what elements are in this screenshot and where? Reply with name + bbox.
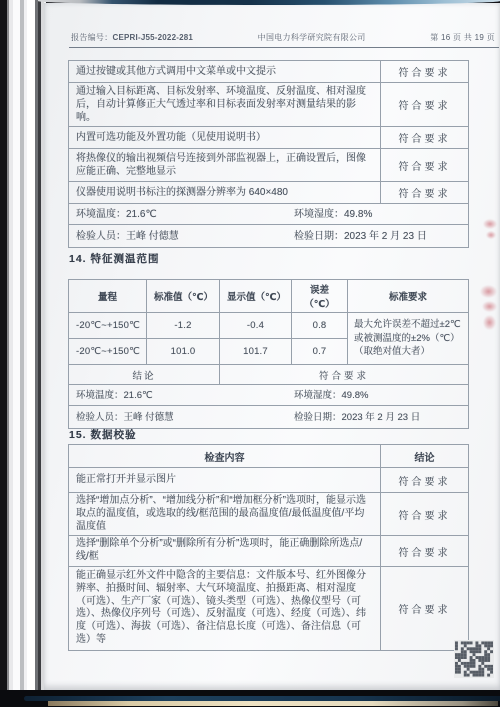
inspector-names: 检验人员：王峰 付德慧 <box>76 412 174 423</box>
check-content: 选择“删除单个分析”或“删除所有分析”选项时，能正确删除所选点/线/框 <box>69 536 381 567</box>
check-content: 通过输入目标距离、目标发射率、环境温度、反射温度、相对湿度后，自动计算修正大气透… <box>69 83 381 127</box>
standard-requirement: 最大允许误差不超过±2℃或被测温度的±2%（℃）（取绝对值大者） <box>348 313 469 365</box>
check-content: 内置可选功能及外置功能（见使用说明书） <box>69 127 381 149</box>
inspection-date: 检验日期：2023 年 2 月 23 日 <box>294 411 420 424</box>
table-row: 通过输入目标距离、目标发射率、环境温度、反射温度、相对湿度后，自动计算修正大气透… <box>69 83 469 127</box>
check-result: 符合要求 <box>381 536 469 567</box>
display-value: 101.7 <box>220 339 292 365</box>
ambient-humidity: 环境湿度：49.8% <box>294 389 368 402</box>
col-requirement: 标准要求 <box>348 280 469 313</box>
temperature-range-table: 量程 标准值（℃） 显示值（℃） 误差（℃） 标准要求 -20℃~+150℃ -… <box>68 279 469 429</box>
inspector-row: 检验人员：王峰 付德慧 检验日期：2023 年 2 月 23 日 <box>69 406 469 429</box>
red-bleedthrough-mark <box>483 219 497 229</box>
report-number: 报告编号：CEPRI-J55-2022-281 <box>71 32 193 43</box>
check-result: 符合要求 <box>381 61 469 83</box>
report-page: 报告编号：CEPRI-J55-2022-281 中国电力科学研究院有限公司 第 … <box>44 3 500 690</box>
table-row: 内置可选功能及外置功能（见使用说明书） 符合要求 <box>69 127 469 149</box>
ambient-temperature: 环境温度：21.6℃ <box>76 209 157 220</box>
col-display: 显示值（℃） <box>220 280 292 313</box>
section-14-heading: 14. 特征测温范围 <box>69 251 160 266</box>
check-result: 符合要求 <box>381 493 469 536</box>
conclusion-label: 结论 <box>69 365 220 385</box>
book-page-stack-edge <box>0 0 46 707</box>
functional-check-table: 通过按键或其他方式调用中文菜单或中文提示 符合要求 通过输入目标距离、目标发射率… <box>68 60 469 248</box>
check-result: 符合要求 <box>381 468 469 493</box>
conclusion-row: 结论 符合要求 <box>69 365 469 385</box>
table-row: 选择“删除单个分析”或“删除所有分析”选项时，能正确删除所选点/线/框 符合要求 <box>69 536 469 567</box>
scanned-report-photo: 报告编号：CEPRI-J55-2022-281 中国电力科学研究院有限公司 第 … <box>0 0 500 707</box>
error-value: 0.8 <box>292 313 348 339</box>
col-check-content: 检查内容 <box>69 445 381 468</box>
environment-row: 环境温度：21.6℃ 环境湿度：49.8% <box>69 204 469 225</box>
table-row: 能正常打开并显示图片 符合要求 <box>69 468 469 493</box>
desk-surface-stripe <box>48 701 498 706</box>
check-result: 符合要求 <box>381 182 469 204</box>
page-header: 报告编号：CEPRI-J55-2022-281 中国电力科学研究院有限公司 第 … <box>71 32 495 43</box>
section-15-heading: 15. 数据校验 <box>69 427 137 442</box>
conclusion-value: 符合要求 <box>220 365 469 385</box>
inspector-row: 检验人员：王峰 付德慧 检验日期：2023 年 2 月 23 日 <box>69 225 469 248</box>
check-content: 将热像仪的输出视频信号连接到外部监视器上，正确设置后，图像应能正确、完整地显示 <box>69 149 381 182</box>
standard-value: 101.0 <box>147 339 220 365</box>
red-bleedthrough-mark <box>482 301 497 312</box>
range-value: -20℃~+150℃ <box>69 339 147 365</box>
inspection-date: 检验日期：2023 年 2 月 23 日 <box>294 230 427 243</box>
check-content: 通过按键或其他方式调用中文菜单或中文提示 <box>69 61 381 83</box>
environment-row: 环境温度：21.6℃ 环境湿度：49.8% <box>69 385 469 406</box>
range-value: -20℃~+150℃ <box>69 313 147 339</box>
col-conclusion: 结论 <box>381 445 469 468</box>
col-error: 误差（℃） <box>292 280 348 313</box>
error-value: 0.7 <box>292 339 348 365</box>
red-bleedthrough-mark <box>480 285 497 298</box>
check-content: 仪器使用说明书标注的探测器分辨率为 640×480 <box>69 182 381 204</box>
table-row: 选择“增加点分析”、“增加线分析”和“增加框分析”选项时，能显示选取点的温度值，… <box>69 493 469 536</box>
ambient-temperature: 环境温度：21.6℃ <box>76 390 153 401</box>
table-row: 通过按键或其他方式调用中文菜单或中文提示 符合要求 <box>69 61 469 83</box>
organization-name: 中国电力科学研究院有限公司 <box>193 32 430 43</box>
inspector-names: 检验人员：王峰 付德慧 <box>76 231 179 242</box>
table-header-row: 量程 标准值（℃） 显示值（℃） 误差（℃） 标准要求 <box>69 280 469 313</box>
check-result: 符合要求 <box>381 566 469 650</box>
col-range: 量程 <box>69 280 147 313</box>
table-row: -20℃~+150℃ -1.2 -0.4 0.8 最大允许误差不超过±2℃或被测… <box>69 313 469 339</box>
check-content: 能正确显示红外文件中隐含的主要信息：文件版本号、红外图像分辨率、拍摄时间、辐射率… <box>69 566 381 650</box>
check-result: 符合要求 <box>381 149 469 182</box>
qr-code <box>454 640 494 678</box>
ambient-humidity: 环境湿度：49.8% <box>294 208 372 221</box>
page-number: 第 16 页 共 19 页 <box>430 32 495 43</box>
table-row: 能正确显示红外文件中隐含的主要信息：文件版本号、红外图像分辨率、拍摄时间、辐射率… <box>69 566 469 650</box>
standard-value: -1.2 <box>147 313 220 339</box>
table-row: 将热像仪的输出视频信号连接到外部监视器上，正确设置后，图像应能正确、完整地显示 … <box>69 149 469 182</box>
display-value: -0.4 <box>220 313 292 339</box>
check-result: 符合要求 <box>381 127 469 149</box>
table-row: 仪器使用说明书标注的探测器分辨率为 640×480 符合要求 <box>69 182 469 204</box>
check-content: 能正常打开并显示图片 <box>69 468 381 493</box>
col-standard: 标准值（℃） <box>147 280 220 313</box>
data-verification-table: 检查内容 结论 能正常打开并显示图片 符合要求 选择“增加点分析”、“增加线分析… <box>68 444 469 651</box>
check-content: 选择“增加点分析”、“增加线分析”和“增加框分析”选项时，能显示选取点的温度值，… <box>69 493 381 536</box>
header-rule <box>69 47 499 48</box>
red-bleedthrough-mark <box>486 231 496 239</box>
table-header-row: 检查内容 结论 <box>69 445 469 468</box>
check-result: 符合要求 <box>381 83 469 127</box>
red-bleedthrough-mark <box>483 315 496 330</box>
